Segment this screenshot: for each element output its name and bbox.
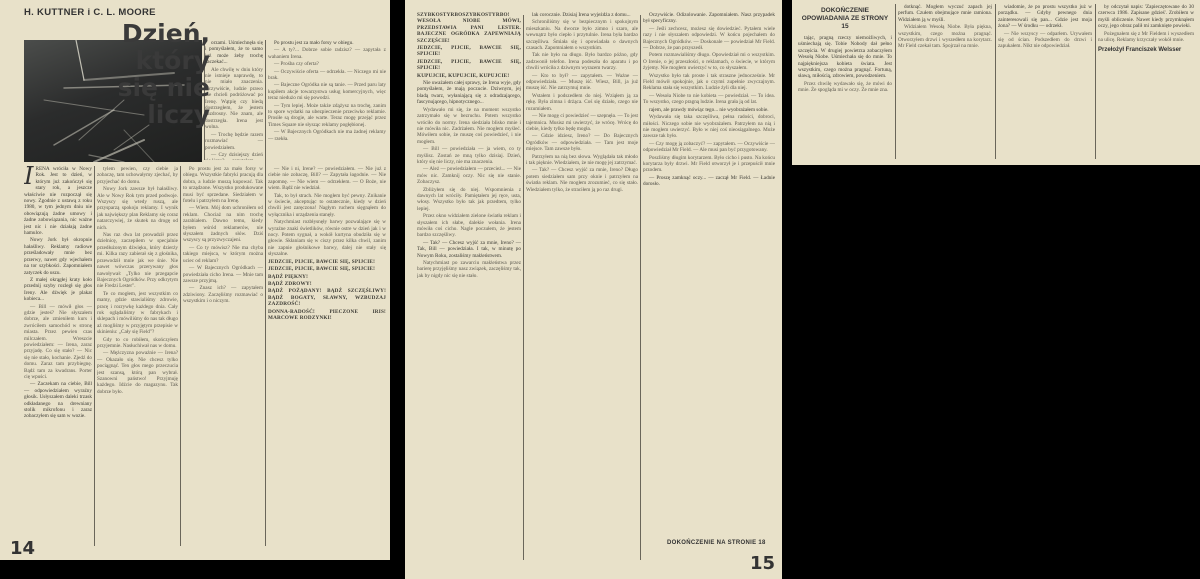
filler-text: Patrzyłem na nią bez słowa. Wyglądała ta…: [526, 154, 638, 167]
filler-text: — W Bajecznych Ogródkach nie ma żadnej r…: [268, 129, 386, 142]
column-3: Po prostu jest za mało forsy w obiegu. W…: [183, 166, 263, 541]
filler-text: — Tym lepiej. Może także zdążysz na troc…: [268, 103, 386, 129]
filler-text: Potem rozmawialiśmy długo. Opowiedział m…: [643, 52, 775, 71]
column-divider: [640, 15, 641, 560]
paragraph: dotknąć. Mogłem wyczuć zapach jej perfum…: [898, 4, 992, 23]
slogan: KUPUJCIE, KUPUJCIE, KUPUJCIE!: [417, 73, 521, 79]
paragraph: Oczywiście. Odizolowanie. Zapomniałem. N…: [643, 12, 775, 25]
slogan: BĄDŹ POŻĄDANY! BĄDŹ SZCZĘŚLIWY! BĄDŹ BOG…: [268, 288, 386, 307]
filler-text: — Nie mogę ci powiedzieć — szepnęła. — T…: [526, 113, 638, 132]
filler-text: — Nie wszyscy — odparłem. Urywałem się o…: [998, 31, 1092, 50]
slogan: BĄDŹ PIĘKNY!: [268, 274, 386, 280]
paragraph: tając, pragną rzeczy niemożliwych, i uśm…: [798, 35, 892, 80]
filler-text: Zbliżyłem się do niej. Wspomnienia z daw…: [417, 187, 521, 213]
continuation-column-4: by odczytał napis: 'Zapieczętowane do 30…: [1098, 4, 1194, 160]
paragraph: — Tak? — Chcesz wyjść za mnie, Ireno? — …: [417, 240, 521, 259]
filler-text: Wstałem i podszedłem do niej. Wziąłem ją…: [526, 93, 638, 112]
column-divider: [995, 4, 996, 159]
continuation-column-3: wiadomie, że po prostu wszystko już w po…: [998, 4, 1092, 160]
filler-text: Wydawało mi się, że na moment wszystko z…: [417, 107, 521, 145]
filler-text: Nowy Jork zawsze był hałaśliwy. Ale w No…: [97, 186, 178, 231]
continuation-header: DOKOŃCZENIE OPOWIADANIA ZE STRONY 15: [798, 7, 892, 31]
column-2-upper: orzami. Uśmiechnęła się i pomyślałem, że…: [205, 40, 263, 160]
column-3-upper: Po prostu jest za mało forsy w obiegu. —…: [268, 40, 386, 160]
filler-text: — Ależ — powiedziałem — przecież... — Ni…: [417, 166, 521, 185]
paragraph: rajem, ale prawdy mówiąc tego... nie wyo…: [643, 107, 775, 113]
filler-text: Te co mogłem, jest wszystkim co mamy, gd…: [97, 291, 178, 336]
page-number: 15: [750, 553, 775, 574]
filler-text: Przez okno widziałem zielone światła rek…: [417, 213, 521, 239]
paragraph: Z małej okrągłej kraty koło przednij szy…: [24, 277, 92, 303]
filler-text: — Prośba czy oferta?: [268, 61, 386, 67]
filler-text: Natychmiast rozbłysnęły barwy pozwalając…: [268, 219, 386, 257]
filler-text: Wydawała się taka szczęśliwa, pełna rado…: [643, 114, 775, 140]
title-line-2: się nie liczy: [70, 74, 210, 128]
paragraph: — Zaczekam na ciebie, Bill — odpowiedzia…: [24, 381, 92, 419]
intro-paragraph: RENA wróciła w Nowy Rok. Jest to dzień, …: [24, 166, 92, 236]
paragraph: Nowy Jork był okropnie hałaśliwy. Reklam…: [24, 237, 92, 275]
filler-text: — Gdzie idziesz, Ireno? — Do Bajecznych …: [526, 133, 638, 152]
filler-text: Wszystko było tak proste i tak straszne …: [643, 73, 775, 92]
filler-text: — Mężczyzna poważnie — Irena? — Okazało …: [97, 350, 178, 395]
column-divider: [1095, 4, 1096, 159]
filler-text: Ale chwilę w dniu który nie istnieje nap…: [205, 67, 263, 131]
slogan: BĄDŹ ZDROWY!: [268, 281, 386, 287]
author-byline: H. KUTTNER i C. L. MOORE: [24, 7, 156, 18]
continuation-column-2: dotknąć. Mogłem wyczuć zapach jej perfum…: [898, 4, 992, 160]
story-title: Dzień, który się nie liczy: [70, 20, 210, 128]
paragraph: orzami. Uśmiechnęła się i pomyślałem, że…: [205, 40, 263, 66]
filler-text: — Kto to był? — zapytałem. — Ważne — odp…: [526, 73, 638, 92]
paragraph: by odczytał napis: 'Zapieczętowane do 30…: [1098, 4, 1194, 30]
filler-text: Tak, to był strach. Nie mogłem być pewny…: [268, 193, 386, 219]
title-line-1: Dzień, który: [70, 20, 210, 74]
translator-credit: Przełożył Franciszek Welsser: [1098, 47, 1194, 53]
filler-text: — Wesoła Niobe to nie kobieta — powiedzi…: [643, 93, 775, 106]
filler-text: — Tak? — Chcesz wyjść za mnie, Ireno? Dł…: [526, 167, 638, 193]
filler-text: Po prostu jest za mało forsy w obiegu. W…: [183, 166, 263, 204]
column-divider: [265, 40, 266, 546]
filler-text: — Bajeczne Ogródka nie są tanie. — Przed…: [268, 82, 386, 101]
column-4: — Nie i ni, Irene? — powiedziałem. — Nie…: [268, 166, 386, 556]
slogan: JEDZCIE, PIJCIE, BAWCIE SIĘ, SPIJCIE!: [268, 259, 386, 265]
filler-text: — A ty?... Dobrze sobie radzisz? — zapyt…: [268, 47, 386, 60]
paragraph: — Proszę zamknąć oczy... — zaczął Mr Fie…: [643, 175, 775, 188]
filler-text: — Co ty mówisz? Nie ma chyba takiego mie…: [183, 245, 263, 264]
filler-text: — Czy mogę ją zobaczyć? — zapytałem. — O…: [643, 141, 775, 154]
paragraph: lak corocznie. Dzisiaj Irena wyjeżdża z …: [526, 12, 638, 18]
paragraph: Nie uważałem całej sprawy, że Irena wyje…: [417, 80, 521, 106]
filler-text: Nas raz dwa lat prowadził przez dzielnic…: [97, 232, 178, 290]
column-divider: [523, 15, 524, 560]
page-number: 14: [10, 538, 35, 559]
filler-text: Poszliśmy długim korytarzem. Było cicho …: [643, 155, 775, 174]
filler-text: Schroniliśmy się w bezpiecznym i spokojn…: [526, 19, 638, 51]
drop-cap: I: [24, 166, 33, 186]
paragraph: wiadomie, że po prostu wszystko już w po…: [998, 4, 1092, 30]
page-14: H. KUTTNER i C. L. MOORE Dzień, który si…: [0, 0, 390, 560]
column-1: IRENA wróciła w Nowy Rok. Jest to dzień,…: [24, 166, 92, 541]
column-divider: [895, 4, 896, 159]
filler-text: Pożegnałem się z Mr Fieldem i wyszedłem …: [1098, 31, 1194, 44]
filler-text: tylem pewien, czy ciebie ja zobaczę, tam…: [97, 166, 178, 185]
filler-text: — Wiem. Mój dom uchroniłem od reklam. Ch…: [183, 205, 263, 243]
page15-column-3: Oczywiście. Odizolowanie. Zapomniałem. N…: [643, 12, 775, 512]
filler-text: — Trochę będzie razem rozmawiać — powied…: [205, 132, 263, 151]
page15-column-2: lak corocznie. Dzisiaj Irena wyjeżdża z …: [526, 12, 638, 560]
filler-text: Tak nie było na długo. Było bardzo późno…: [526, 52, 638, 71]
filler-text: — W Bajecznych Ogródkach — powiedziała c…: [183, 265, 263, 284]
page-18-continuation: DOKOŃCZENIE OPOWIADANIA ZE STRONY 15 taj…: [792, 0, 1200, 165]
filler-text: — Bill — powiedziała — ja wiem, co ty my…: [417, 146, 521, 165]
filler-text: Widziałem Wesołą Niobe. Była piękna, wsz…: [898, 24, 992, 50]
slogan: JEDZCIE, PIJCIE, BAWCIE SIĘ, SPIJCIE!: [417, 45, 521, 58]
column-2: tylem pewien, czy ciebie ja zobaczę, tam…: [97, 166, 178, 541]
slogan-block: SZYBKOSTYRBOSZYBKOSTYRBO! WESOŁA NIOBE M…: [417, 12, 521, 44]
column-divider: [180, 166, 181, 546]
slogan: JEDZCIE, PIJCIE, BAWCIE SIĘ, SPIJCIE!: [268, 266, 386, 272]
filler-text: — Czy dzisiejszy dzień się liczy? — zapy…: [205, 152, 263, 160]
filler-text: Przez chwilę wydawało się, że mówi do mn…: [798, 81, 892, 94]
filler-text: Natychmiast po zawarciu małżeństwa przez…: [417, 260, 521, 279]
paragraph: Po prostu jest za mało forsy w obiegu.: [268, 40, 386, 46]
continuation-column-1: DOKOŃCZENIE OPOWIADANIA ZE STRONY 15 taj…: [798, 4, 892, 160]
continued-note: DOKOŃCZENIE NA STRONIE 18: [667, 540, 766, 546]
page-15: SZYBKOSTYRBOSZYBKOSTYRBO! WESOŁA NIOBE M…: [405, 0, 782, 579]
filler-text: — Bill — mówił głos — gdzie jesteś? Nie …: [24, 304, 92, 381]
page15-column-1: SZYBKOSTYRBOSZYBKOSTYRBO! WESOŁA NIOBE M…: [417, 12, 521, 560]
filler-text: — Znasz ich? — zapytałem zdziwiony. Zacz…: [183, 285, 263, 304]
filler-text: — Jeśli zechcesz, możesz się dowiedzieć.…: [643, 26, 775, 52]
slogan: JEDZCIE, PIJCIE, BAWCIE SIĘ, SPIJCIE!: [417, 59, 521, 72]
filler-text: — Oczywiście oferta — odrzekła. — Niczeg…: [268, 69, 386, 82]
filler-text: — Nie i ni, Irene? — powiedziałem. — Nie…: [268, 166, 386, 192]
column-divider: [94, 166, 95, 546]
filler-text: Gdy to co robiłem, skończyłem przyjemnie…: [97, 337, 178, 350]
slogan: DONNA-RADOŚĆ! PIECZONE IRIS! MARCOWE ROD…: [268, 309, 386, 322]
